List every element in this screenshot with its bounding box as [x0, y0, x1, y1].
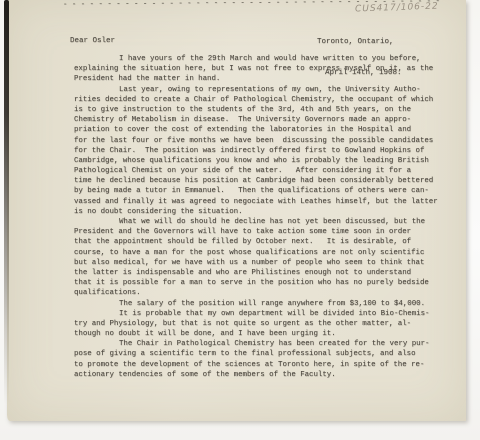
letter-line: time he declined because his position at… — [74, 176, 454, 186]
letter-line: I have yours of the 29th March and would… — [74, 54, 454, 64]
letter-line: Pathological Chemist on your side of the… — [74, 166, 454, 176]
letter-line: by being made a tutor in Emmanuel. Then … — [74, 186, 454, 196]
letter-line: It is probable that my own department wi… — [74, 309, 454, 319]
letter-line: the latter is indispensable and who are … — [74, 268, 454, 278]
scan-background: - - - - - - - - - - - - - - - - - - - - … — [0, 0, 480, 440]
letter-line: Cambridge, whose qualifications you know… — [74, 156, 454, 166]
letter-line: for the last four or five months we have… — [74, 136, 454, 146]
letter-line: is to give instruction to the students o… — [74, 105, 454, 115]
letter-line: but also medical, for we have with us a … — [74, 258, 454, 268]
letter-line: that the appointment should be filled by… — [74, 237, 454, 247]
letter-line: for the Chair. The position was indirect… — [74, 146, 454, 156]
letter-line: is no doubt considering the situation. — [74, 207, 454, 217]
place-line: Toronto, Ontario, — [317, 37, 402, 47]
letter-line: try and Physiology, but that is not quit… — [74, 319, 454, 329]
letter-line: that it is possible for a man to serve i… — [74, 278, 454, 288]
greeting: Dear Osler — [70, 37, 115, 45]
letter-line: Last year, owing to representations of m… — [74, 85, 454, 95]
letter-line: course, to have a man for the post whose… — [74, 248, 454, 258]
letter-line: President and the Governors will have to… — [74, 227, 454, 237]
letter-line: to promote the development of the scienc… — [74, 360, 454, 370]
letter-line: priation to cover the cost of extending … — [74, 125, 454, 135]
letter-line: The salary of the position will range an… — [74, 299, 454, 309]
letter-line: pose of giving a scientific term to the … — [74, 349, 454, 359]
letter-line: rities decided to create a Chair of Path… — [74, 95, 454, 105]
letter-line: The Chair in Pathological Chemistry has … — [74, 339, 454, 349]
letter-line: President had the matter in hand. — [74, 74, 454, 84]
letter-line: though no doubt it will be done, and I h… — [74, 329, 454, 339]
archival-annotation-handwritten: CUS417/106-22 — [355, 2, 439, 15]
letter-line: explaining the situation here, but I was… — [74, 64, 454, 74]
letter-line: actionary tendencies of some of the memb… — [74, 370, 454, 380]
letter-line: Chemistry of Metabolism in disease. The … — [74, 115, 454, 125]
letter-paper: - - - - - - - - - - - - - - - - - - - - … — [7, 0, 466, 421]
letter-line: vassed and finally it was agreed to nego… — [74, 197, 454, 207]
letter-body: I have yours of the 29th March and would… — [74, 54, 454, 380]
letter-line: qualifications. — [74, 288, 454, 298]
paper-left-edge-shadow — [4, 0, 9, 404]
letter-line: What we will do should he decline has no… — [74, 217, 454, 227]
